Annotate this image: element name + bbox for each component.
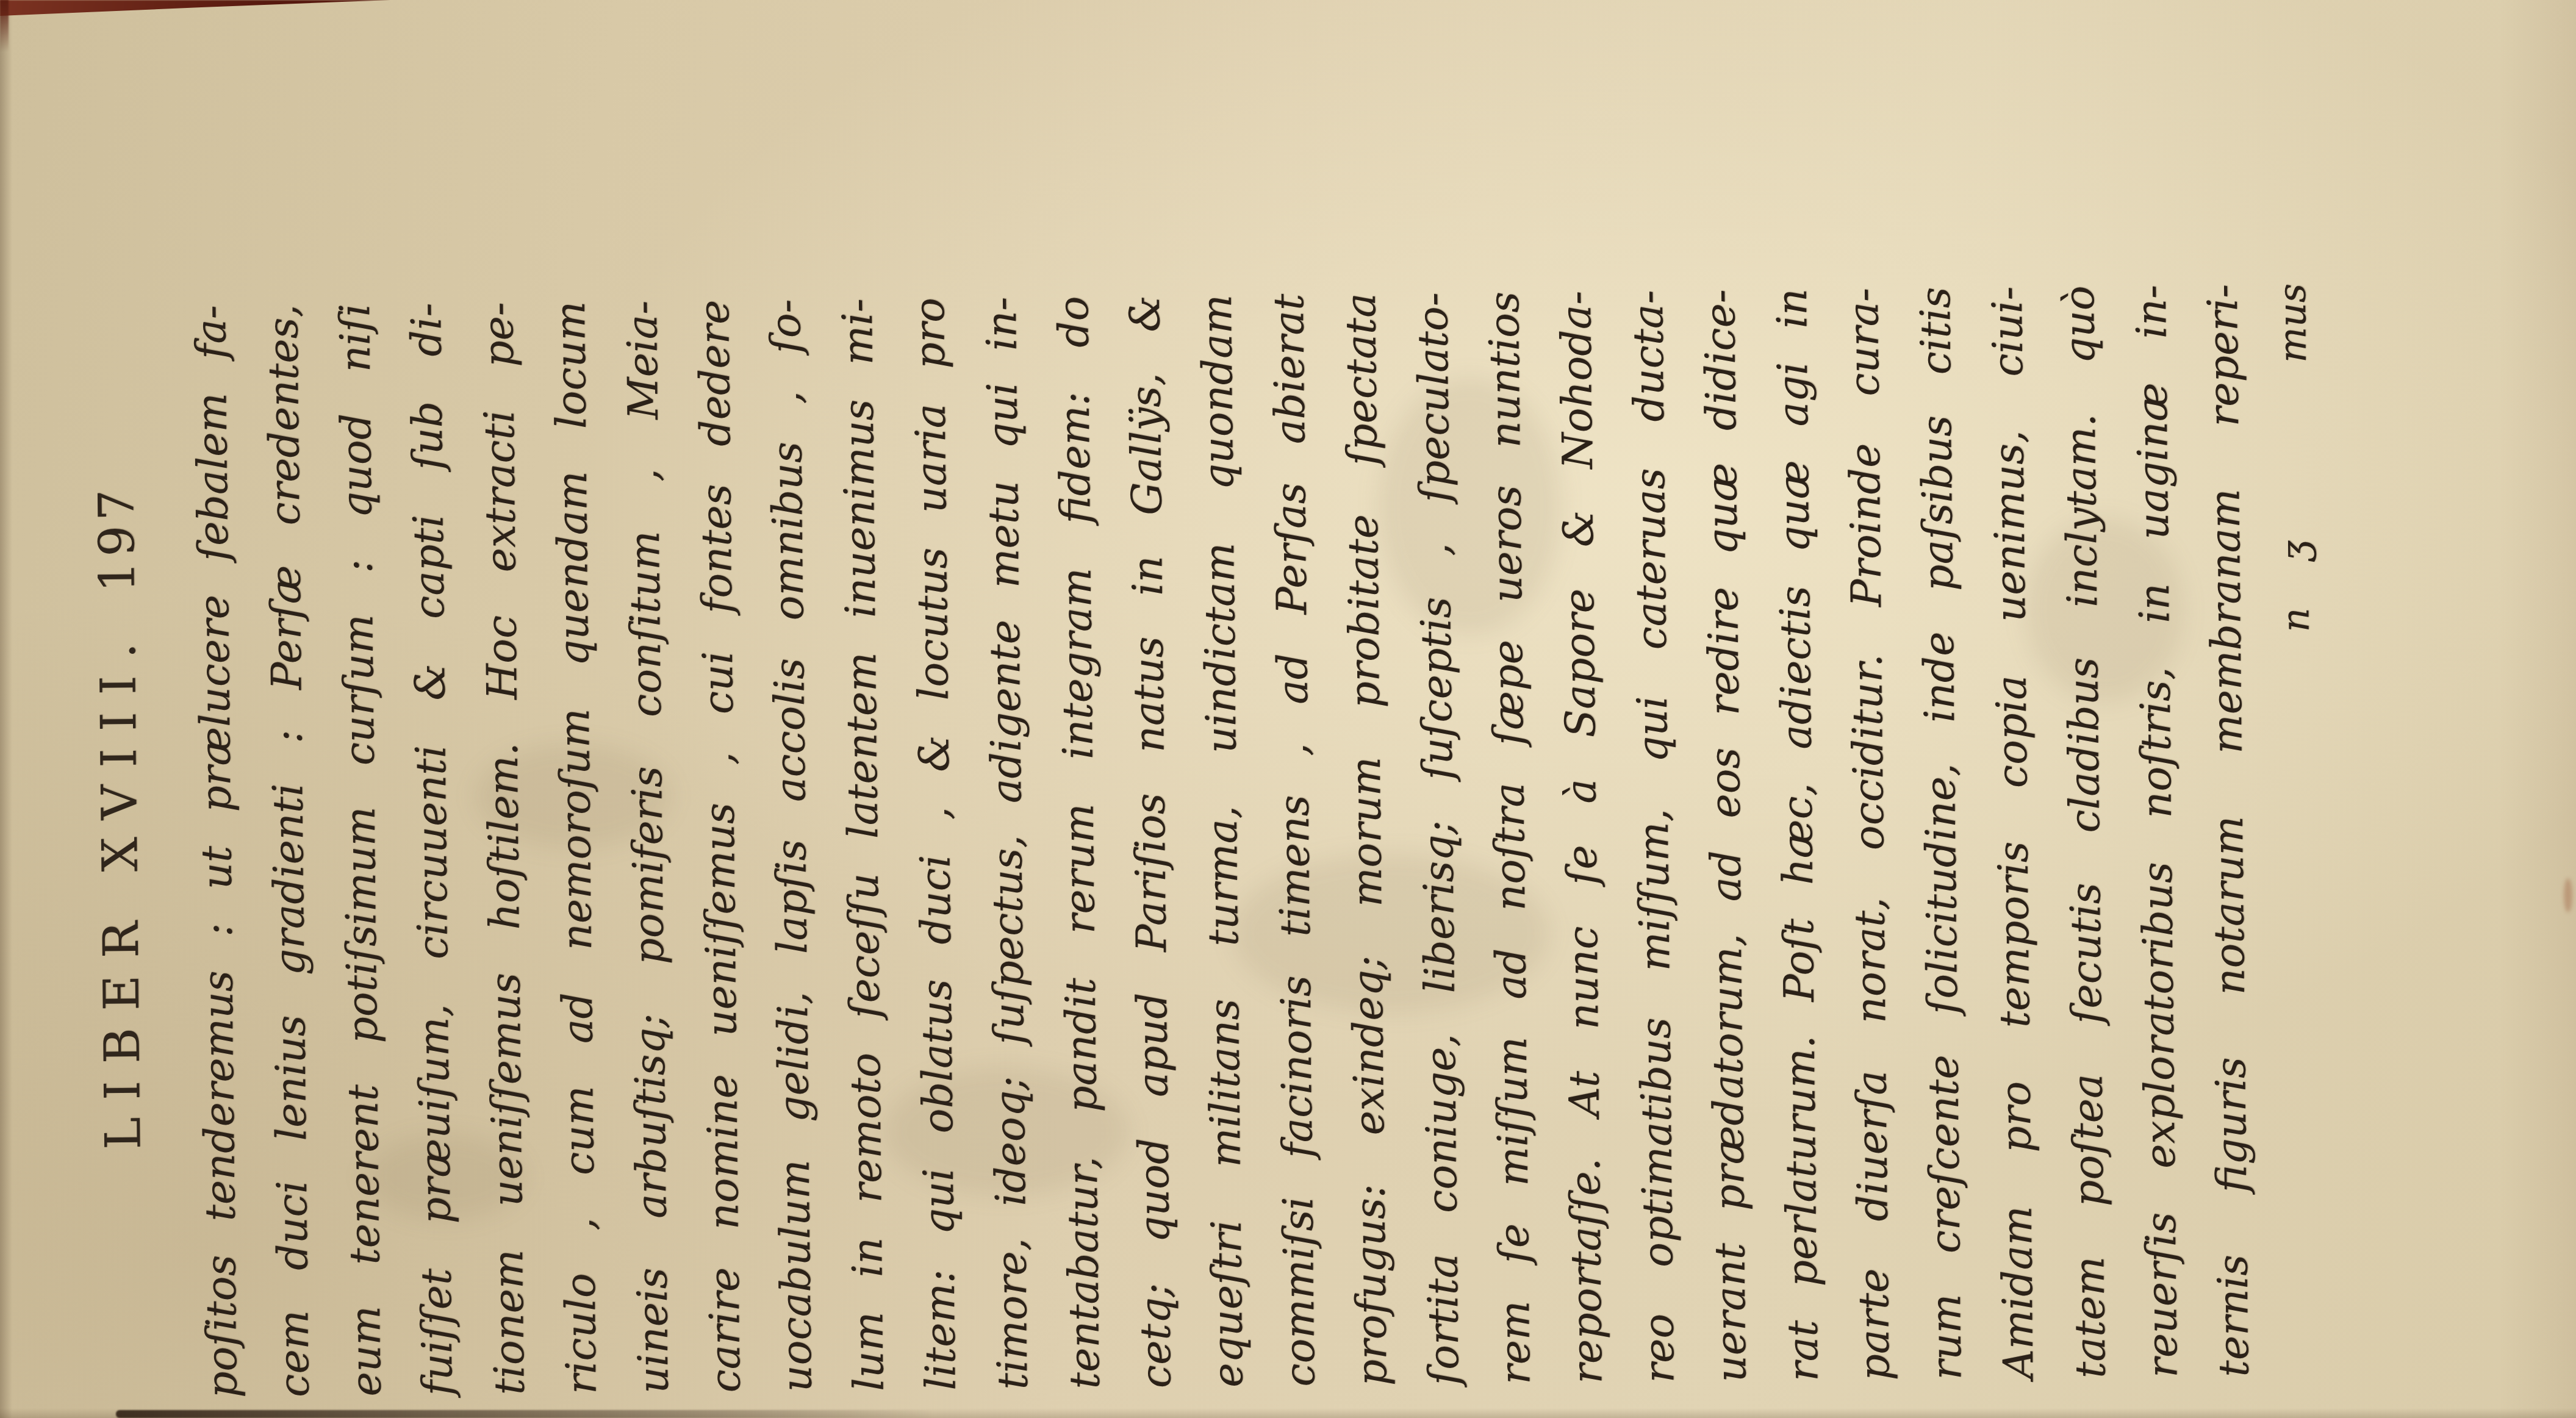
text-line: reportaſſe. At nunc ſe à Sapore & Nohoda… — [1541, 290, 1624, 1384]
text-line: lum in remoto ſeceſſu latentem inuenimus… — [822, 298, 906, 1392]
text-line: rum creſcente ſolicitudine, inde paſsibu… — [1900, 287, 1984, 1380]
page-number: 197 — [88, 484, 146, 593]
text-line: uineis arbuſtisq; pomiferis conſitum , M… — [607, 300, 691, 1394]
running-header: LIBER XVIII.197 — [83, 484, 157, 1150]
text-line: uerant prædatorum, ad eos redire quæ did… — [1685, 289, 1768, 1383]
catchword: mus — [2256, 283, 2329, 363]
text-line: reo optimatibus miſſum, qui cateruas duc… — [1613, 290, 1696, 1383]
text-line: reuerſis exploratoribus noſtris, in uagi… — [2115, 284, 2199, 1378]
text-block: poſitos tenderemus : ut prælucere ſebale… — [176, 284, 2271, 1398]
text-line: rem ſe miſſum ad noſtra ſæpe ueros nunti… — [1469, 291, 1552, 1384]
text-line: poſitos tenderemus : ut prælucere ſebale… — [176, 305, 259, 1398]
text-line: riculo , cum ad nemoroſum quendam locum — [535, 301, 619, 1394]
text-line: litem: qui oblatus duci , & locutus uari… — [894, 297, 978, 1391]
text-line: Amidam pro temporis copia uenimus, ciui- — [1972, 286, 2056, 1380]
text-line: rat perlaturum. Poſt hæc, adiectis quæ a… — [1756, 288, 1840, 1382]
text-line: commiſsi facinoris timens , ad Perſas ab… — [1254, 293, 1337, 1387]
text-line: cem duci lenius gradienti : Perſæ creden… — [248, 304, 331, 1397]
text-line: uocabulum gelidi, lapſis accolis omnibus… — [750, 299, 834, 1392]
text-line: eum tenerent potiſsimum curſum : quod ni… — [320, 303, 403, 1397]
text-line: tentabatur, pandit rerum integram fidem:… — [1038, 296, 1121, 1389]
text-line: carire nomine ueniſſemus , cui fontes de… — [678, 299, 762, 1393]
text-line: tatem poſtea ſecutis cladibus inclytam. … — [2043, 285, 2127, 1379]
text-line: ſortita coniuge, liberisq; ſuſceptis , ſ… — [1397, 292, 1480, 1386]
text-line: fuiſſet præuiſum, circuuenti & capti ſub… — [391, 303, 475, 1396]
book-page-rotated: LIBER XVIII.197 poſitos tenderemus : ut … — [0, 0, 2576, 1416]
text-line: timore, ideoq; ſuſpectus, adigente metu … — [966, 296, 1050, 1390]
text-line: parte diuerſa norat, occiditur. Proinde … — [1828, 287, 1912, 1381]
text-line: equeſtri militans turma, uindictam quond… — [1182, 294, 1265, 1388]
text-line: cetq; quod apud Pariſios natus in Gallÿs… — [1110, 295, 1193, 1389]
signature-row: n ʒ mus — [2256, 283, 2340, 1377]
text-line: profugus: exindeq; morum probitate ſpect… — [1326, 293, 1409, 1386]
gathering-signature: n ʒ — [2259, 523, 2332, 633]
text-line: tionem ueniſſemus hoſtilem. Hoc extracti… — [463, 302, 547, 1395]
book-title-header: LIBER XVIII. — [89, 626, 151, 1150]
book-photo: LIBER XVIII.197 poſitos tenderemus : ut … — [0, 0, 2576, 1418]
